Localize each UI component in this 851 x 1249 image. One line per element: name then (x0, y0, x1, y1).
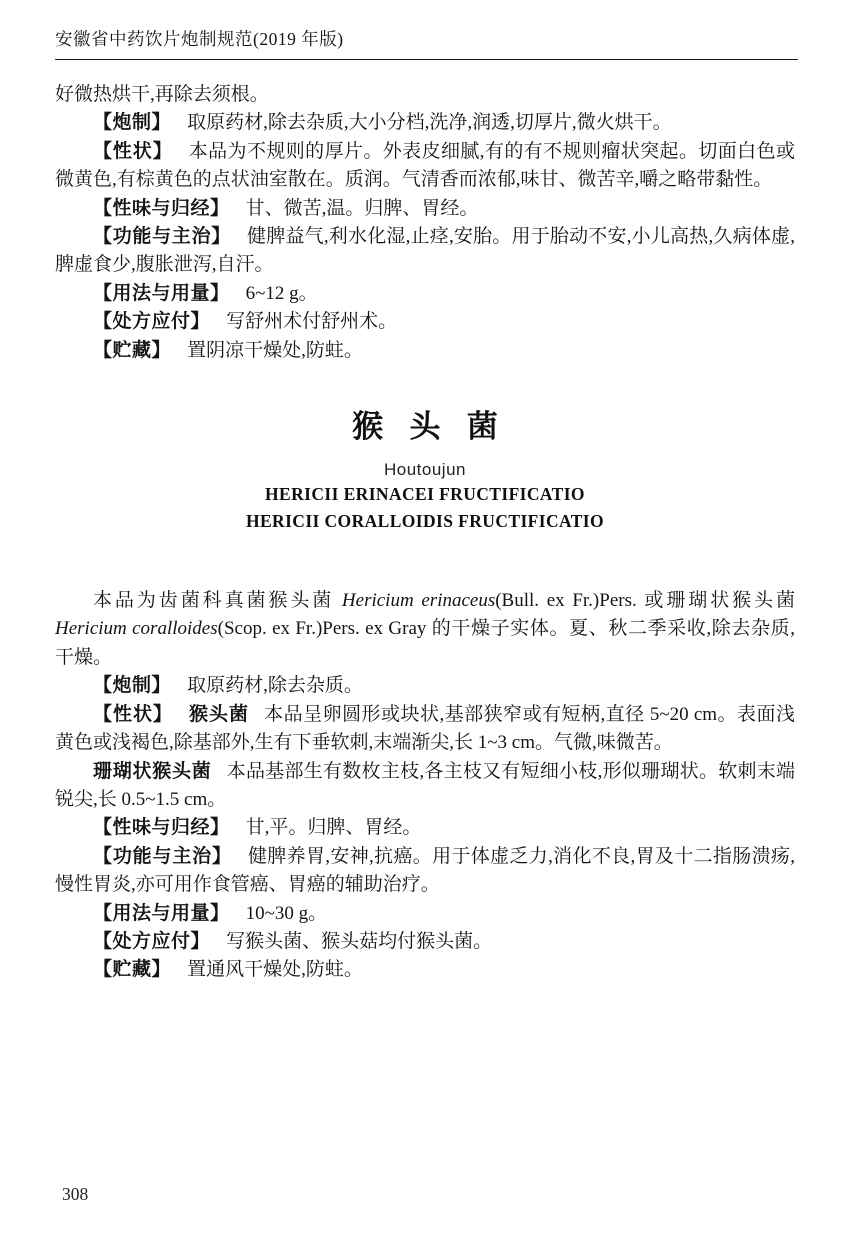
entry-label: 【用法与用量】 (93, 903, 230, 924)
entry-label: 【炮制】 (93, 112, 171, 133)
entry-text: 置通风干燥处,防蛀。 (187, 959, 363, 980)
entry-text: 写猴头菌、猴头菇均付猴头菌。 (226, 931, 492, 952)
entry-text: 取原药材,除去杂质。 (187, 675, 363, 696)
prev-entry-paozhi: 【炮制】取原药材,除去杂质,大小分档,洗净,润透,切厚片,微火烘干。 (55, 109, 795, 137)
entry-label: 【用法与用量】 (93, 283, 230, 304)
entry-text: 6~12 g。 (246, 283, 318, 304)
entry-label: 【贮藏】 (93, 959, 171, 980)
prev-entry-chufang: 【处方应付】写舒州术付舒州术。 (55, 308, 795, 336)
entry-text: 10~30 g。 (246, 903, 328, 924)
prev-entry-xingwei: 【性味与归经】甘、微苦,温。归脾、胃经。 (55, 195, 795, 223)
prev-entry-gongneng: 【功能与主治】健脾益气,利水化湿,止痉,安胎。用于胎动不安,小儿高热,久病体虚,… (55, 223, 795, 280)
entry-xingwei: 【性味与归经】甘,平。归脾、胃经。 (55, 814, 795, 842)
variety-name: 猴头菌 (189, 704, 249, 725)
entry-label: 【性味与归经】 (93, 198, 230, 219)
prev-entry-yongfa: 【用法与用量】6~12 g。 (55, 280, 795, 308)
entry-paozhi: 【炮制】取原药材,除去杂质。 (55, 672, 795, 700)
entry-chufang: 【处方应付】写猴头菌、猴头菇均付猴头菌。 (55, 928, 795, 956)
monograph-latin-name-2: HERICII CORALLOIDIS FRUCTIFICATIO (55, 508, 795, 535)
entry-label: 【功能与主治】 (93, 846, 232, 867)
species-name-latin: Hericium coralloides (55, 618, 218, 639)
entry-gongneng: 【功能与主治】健脾养胃,安神,抗癌。用于体虚乏力,消化不良,胃及十二指肠溃疡,慢… (55, 843, 795, 900)
monograph-latin-name-1: HERICII ERINACEI FRUCTIFICATIO (55, 481, 795, 508)
prev-entry-zhucang: 【贮藏】置阴凉干燥处,防蛀。 (55, 337, 795, 365)
entry-yongfa: 【用法与用量】10~30 g。 (55, 900, 795, 928)
entry-label: 【处方应付】 (93, 931, 210, 952)
entry-label: 【性状】 (93, 141, 173, 162)
page-header: 安徽省中药饮片炮制规范(2019 年版) (55, 28, 798, 60)
page-number: 308 (62, 1184, 88, 1205)
entry-text: 甘,平。归脾、胃经。 (246, 817, 422, 838)
entry-label: 【处方应付】 (93, 311, 210, 332)
entry-label: 【性状】 (93, 704, 173, 725)
continuation-paragraph: 好微热烘干,再除去须根。 (55, 81, 795, 109)
continuation-text: 好微热烘干,再除去须根。 (55, 84, 269, 105)
monograph-title: 猴头菌 (55, 409, 795, 445)
entry-label: 【性味与归经】 (93, 817, 230, 838)
entry-xingzhuang-item-2: 珊瑚状猴头菌本品基部生有数枚主枝,各主枝又有短细小枝,形似珊瑚状。软刺末端锐尖,… (55, 758, 795, 815)
entry-xingzhuang-item-1: 【性状】猴头菌本品呈卵圆形或块状,基部狭窄或有短柄,直径 5~20 cm。表面浅… (55, 701, 795, 758)
running-head: 安徽省中药饮片炮制规范(2019 年版) (55, 28, 798, 50)
entry-text: 置阴凉干燥处,防蛀。 (187, 340, 363, 361)
variety-name: 珊瑚状猴头菌 (93, 761, 212, 782)
description-text: (Bull. ex Fr.)Pers. 或珊瑚状猴头菌 (495, 590, 795, 611)
description-text: 本品为齿菌科真菌猴头菌 (93, 590, 342, 611)
entry-label: 【炮制】 (93, 675, 171, 696)
page-body: 好微热烘干,再除去须根。 【炮制】取原药材,除去杂质,大小分档,洗净,润透,切厚… (55, 81, 795, 985)
book-page: 安徽省中药饮片炮制规范(2019 年版) 好微热烘干,再除去须根。 【炮制】取原… (0, 0, 851, 1249)
monograph-description: 本品为齿菌科真菌猴头菌 Hericium erinaceus(Bull. ex … (55, 587, 795, 672)
entry-text: 写舒州术付舒州术。 (226, 311, 397, 332)
monograph-heading: 猴头菌 Houtoujun HERICII ERINACEI FRUCTIFIC… (55, 409, 795, 535)
entry-label: 【贮藏】 (93, 340, 171, 361)
prev-entry-xingzhuang: 【性状】本品为不规则的厚片。外表皮细腻,有的有不规则瘤状突起。切面白色或微黄色,… (55, 138, 795, 195)
entry-label: 【功能与主治】 (93, 226, 231, 247)
entry-text: 甘、微苦,温。归脾、胃经。 (246, 198, 479, 219)
header-rule (55, 59, 798, 60)
species-name-latin: Hericium erinaceus (342, 590, 495, 611)
entry-text: 取原药材,除去杂质,大小分档,洗净,润透,切厚片,微火烘干。 (187, 112, 672, 133)
entry-zhucang: 【贮藏】置通风干燥处,防蛀。 (55, 956, 795, 984)
monograph-pinyin: Houtoujun (55, 459, 795, 481)
